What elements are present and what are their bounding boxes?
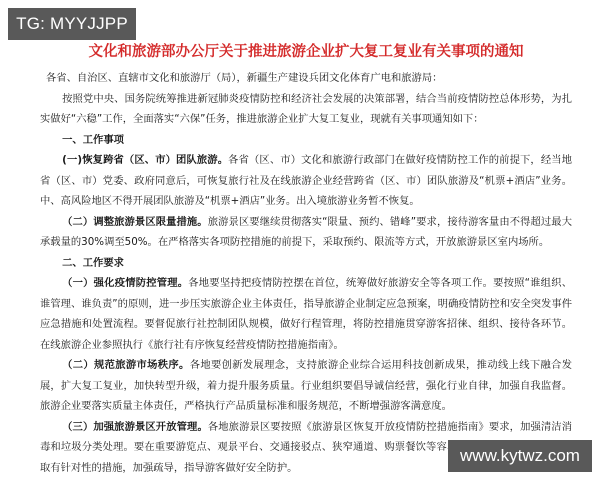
section-item-paragraph: （二）规范旅游市场秩序。各地要创新发展理念，支持旅游企业综合运用科技创新成果，推…: [40, 355, 572, 417]
item-lead: （二）规范旅游市场秩序。: [62, 359, 190, 371]
document-title: 文化和旅游部办公厅关于推进旅游企业扩大复工复业有关事项的通知: [40, 42, 572, 62]
section-heading-work-requirements: 二、工作要求: [40, 253, 572, 274]
section-item-paragraph: (一)恢复跨省（区、市）团队旅游。各省（区、市）文化和旅游行政部门在做好疫情防控…: [40, 150, 572, 212]
section-heading-work-items: 一、工作事项: [40, 130, 572, 151]
salutation: 各省、自治区、直辖市文化和旅游厅（局），新疆生产建设兵团文化体育广电和旅游局：: [40, 68, 572, 89]
item-lead: （二）调整旅游景区限量措施。: [62, 216, 208, 228]
item-lead: （三）加强旅游景区开放管理。: [62, 421, 208, 433]
item-lead: (一)恢复跨省（区、市）团队旅游。: [62, 154, 228, 166]
intro-paragraph: 按照党中央、国务院统筹推进新冠肺炎疫情防控和经济社会发展的决策部署，结合当前疫情…: [40, 89, 572, 130]
site-watermark: www.kytwz.com: [448, 440, 592, 472]
section-item-paragraph: （一）强化疫情防控管理。各地要坚持把疫情防控摆在首位，统筹做好旅游安全等各项工作…: [40, 273, 572, 355]
item-lead: （一）强化疫情防控管理。: [62, 277, 188, 289]
section-item-paragraph: （二）调整旅游景区限量措施。旅游景区要继续贯彻落实“限量、预约、错峰”要求，接待…: [40, 212, 572, 253]
document-body: 文化和旅游部办公厅关于推进旅游企业扩大复工复业有关事项的通知 各省、自治区、直辖…: [40, 42, 572, 478]
tag-badge: TG: MYYJJPP: [8, 8, 136, 40]
